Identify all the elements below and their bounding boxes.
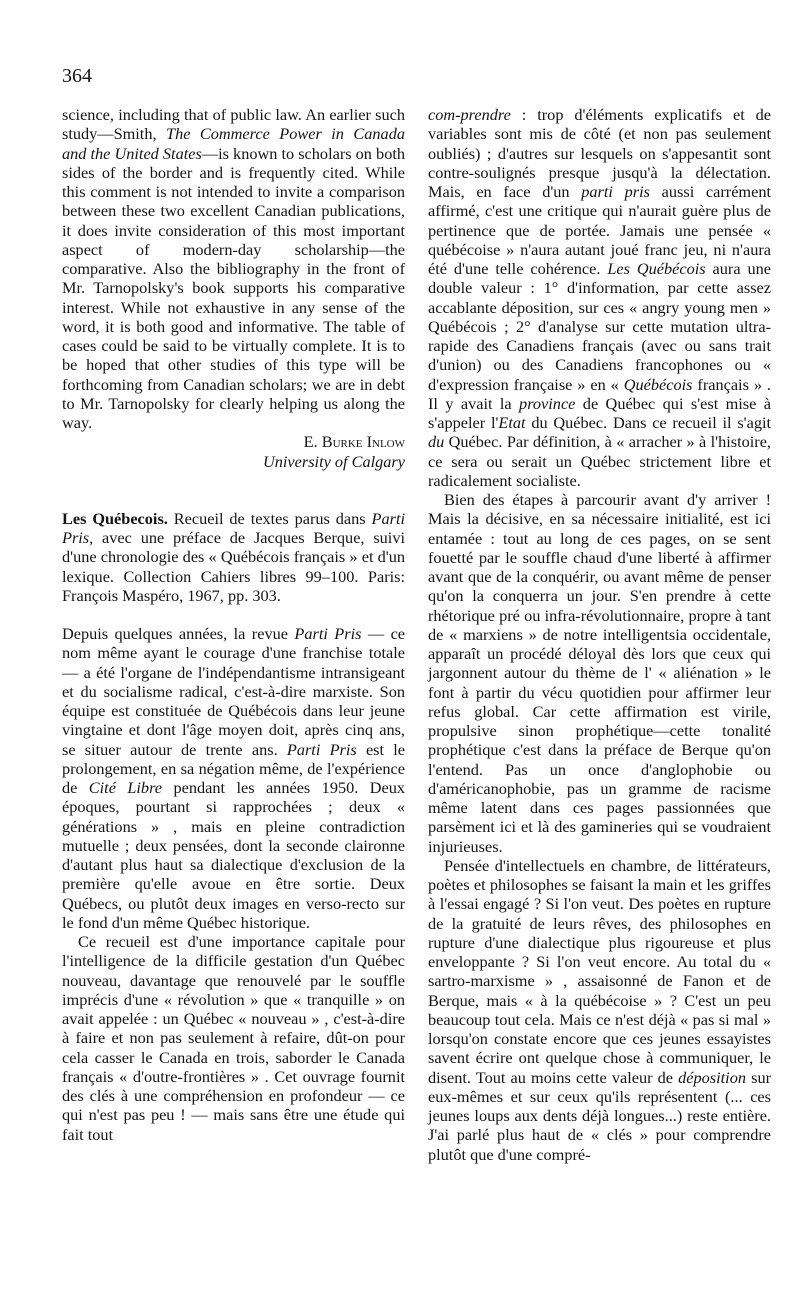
- reviewer-affiliation: University of Calgary: [62, 452, 405, 471]
- italic-run: Etat: [498, 413, 525, 432]
- italic-run: déposition: [678, 1068, 746, 1087]
- italic-run: Québécois: [624, 375, 693, 394]
- text-run: Québec. Par définition, à « arracher » à…: [428, 432, 771, 490]
- reviewer-affiliation-text: University of Calgary: [263, 452, 405, 471]
- left-column: science, including that of public law. A…: [62, 105, 405, 1144]
- text-run: Ce recueil est d'une importance capitale…: [62, 932, 405, 1144]
- section-gap: [62, 471, 405, 509]
- text-run: Depuis quelques années, la revue: [62, 624, 294, 643]
- bold-run: Les Québecois.: [62, 509, 168, 528]
- review-paragraph-4: Bien des étapes à parcourir avant d'y ar…: [428, 490, 771, 856]
- text-run: Pensée d'intellectuels en chambre, de li…: [428, 856, 771, 1087]
- text-run: Bien des étapes à parcourir avant d'y ar…: [428, 490, 771, 856]
- reviewer-name-text: E. Burke Inlow: [304, 432, 405, 451]
- italic-run: du: [428, 432, 444, 451]
- text-run: aura une double valeur : 1° d'informatio…: [428, 259, 771, 394]
- review-paragraph-2: Ce recueil est d'une importance capitale…: [62, 932, 405, 1144]
- italic-run: province: [519, 394, 575, 413]
- text-run: Recueil de textes parus dans: [168, 509, 372, 528]
- reviewer-name: E. Burke Inlow: [62, 432, 405, 451]
- right-column: com-prendre : trop d'éléments explicatif…: [428, 105, 771, 1164]
- review-paragraph-5: Pensée d'intellectuels en chambre, de li…: [428, 856, 771, 1164]
- italic-run: Cité Libre: [89, 778, 162, 797]
- review-paragraph-1: Depuis quelques années, la revue Parti P…: [62, 624, 405, 932]
- text-run: avec une préface de Jacques Berque, suiv…: [62, 528, 405, 605]
- book-citation: Les Québecois. Recueil de textes parus d…: [62, 509, 405, 605]
- italic-run: Les Québécois: [607, 259, 705, 278]
- text-run: — ce nom même ayant le courage d'une fra…: [62, 624, 405, 759]
- previous-review-closing-paragraph: science, including that of public law. A…: [62, 105, 405, 432]
- italic-run: parti pris: [581, 182, 650, 201]
- text-run: —is known to scholars on both sides of t…: [62, 144, 405, 433]
- italic-run: Parti Pris: [294, 624, 361, 643]
- italic-run: com-prendre: [428, 105, 511, 124]
- page-number: 364: [62, 64, 92, 88]
- italic-run: Parti Pris: [287, 740, 357, 759]
- review-paragraph-3: com-prendre : trop d'éléments explicatif…: [428, 105, 771, 490]
- text-run: pendant les années 1950. Deux époques, p…: [62, 778, 405, 932]
- citation-gap: [62, 605, 405, 624]
- text-run: du Québec. Dans ce recueil il s'agit: [526, 413, 771, 432]
